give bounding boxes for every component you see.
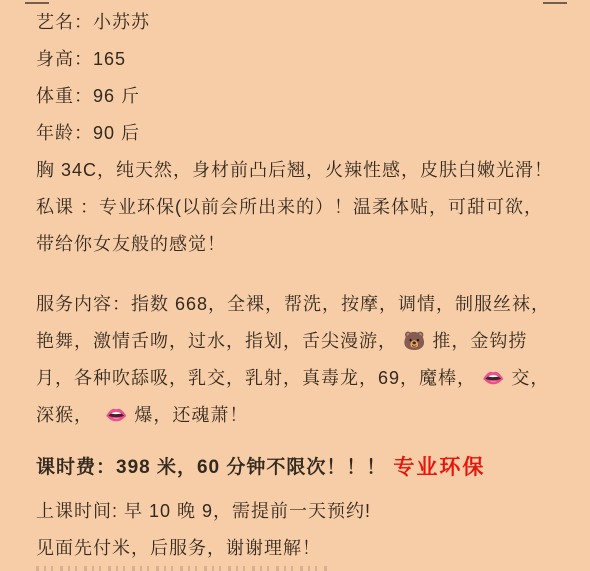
stage-name-line: 艺名：小苏苏 [36,2,570,39]
fee-highlight-text: 专业环保 [393,451,485,481]
description-line-1: 胸 34C，纯天然，身材前凸后翘，火辣性感，皮肤白嫩光滑！ [36,150,570,187]
weight-line: 体重：96 斤 [36,76,570,113]
fee-line: 课时费：398 米，60 分钟不限次！！！ 专业环保 [36,447,570,484]
page-margin-mark-left [25,2,49,4]
services-line-1: 服务内容：指数 668，全裸，帮洗，按摩，调情，制服丝袜， [36,284,570,321]
height-line: 身高：165 [36,39,570,76]
schedule-line: 上课时间: 早 10 晚 9，需提前一天预约! [36,491,570,528]
description-line-2: 私课 ：专业环保(以前会所出来的）！温柔体贴，可甜可欲， [36,187,570,224]
description-line-3: 带给你女友般的感觉！ [36,224,570,261]
clipped-next-line-artifact [36,566,331,571]
payment-line: 见面先付米，后服务，谢谢理解！ [36,528,570,565]
document-page: 艺名：小苏苏 身高：165 体重：96 斤 年龄：90 后 胸 34C，纯天然，… [0,0,590,571]
services-line-2: 艳舞，激情舌吻，过水，指划，舌尖漫游， 🐻 推，金钩捞 [36,321,570,358]
page-margin-mark-right [543,2,567,4]
services-line-3: 月，各种吹舔吸，乳交，乳射，真毒龙，69，魔棒， 👄 交， [36,358,570,395]
services-line-4: 深猴， 👄 爆，还魂萧！ [36,395,570,432]
age-line: 年龄：90 后 [36,113,570,150]
fee-text: 课时费：398 米，60 分钟不限次！！！ [36,452,386,479]
